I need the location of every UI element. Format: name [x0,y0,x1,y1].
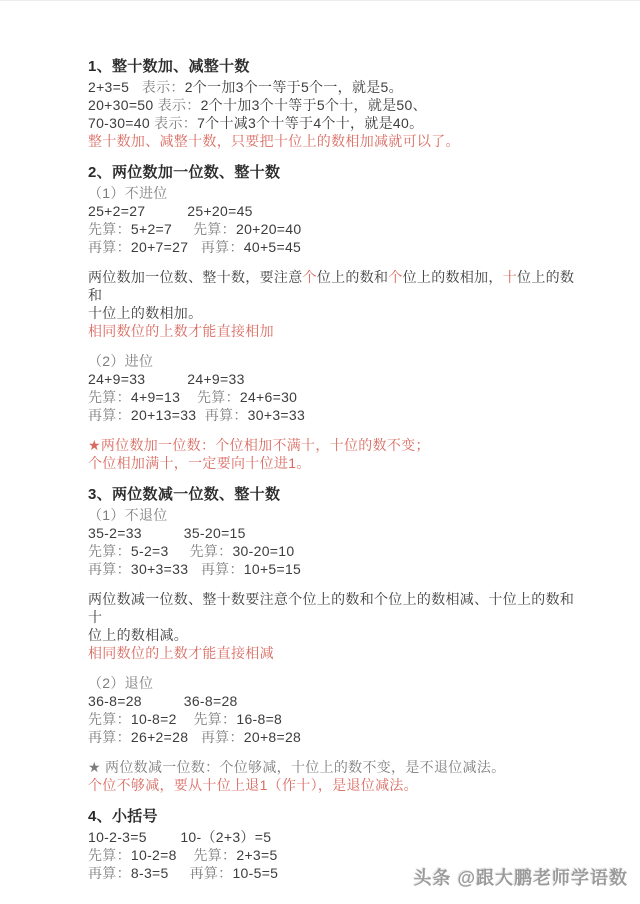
text-segment: 20+8=28 [244,729,301,745]
text-segment: 再算： [88,239,131,255]
text-segment: 个 [388,269,402,285]
text-segment: 20+13=33 [131,407,205,423]
content: 1、整十数加、减整十数2+3=5 表示：2个一加3个一等于5个一，就是5。20+… [0,1,640,882]
text-line: 25+2=27 25+20=45 [88,202,582,220]
text-segment: 30+3=33 [131,561,201,577]
text-segment: 位上的数相减。 [88,627,188,643]
text-segment: ★两位数加一位数：个位相加不满十，十位的数不变； [88,437,430,453]
text-line: 再算：20+7=27 再算：40+5=45 [88,238,582,256]
text-line: 相同数位的上数才能直接相减 [88,644,582,662]
text-segment: 25+2=27 25+20=45 [88,203,253,219]
text-segment: 20+20=40 [236,221,301,237]
text-line: 再算：30+3=33 再算：10+5=15 [88,560,582,578]
text-segment: 10+5=15 [244,561,301,577]
text-line: 先算：5+2=7 先算：20+20=40 [88,220,582,238]
text-segment: ★ 两位数减一位数：个位够减，十位上的数不变，是不退位减法。 [88,759,505,775]
text-segment: 10-2=8 [131,847,194,863]
text-line: （2）退位 [88,674,582,692]
text-segment: 先算： [88,389,131,405]
text-line: 10-2-3=5 10-（2+3）=5 [88,828,582,846]
text-segment: 30-20=10 [232,543,294,559]
text-segment: 相同数位的上数才能直接相减 [88,645,274,661]
text-segment: 再算： [88,407,131,423]
text-line: 20+30=50 表示：2个十加3个十等于5个十，就是50、 [88,96,582,114]
text-segment: 4、小括号 [88,808,158,825]
text-segment: 20+7=27 [131,239,201,255]
text-segment: 35-2=33 35-20=15 [88,525,246,541]
text-line: 两位数加一位数、整十数，要注意个位上的数和个位上的数相加，十位上的数和 [88,268,582,304]
text-segment: 再算： [201,729,244,745]
document-page: 1、整十数加、减整十数2+3=5 表示：2个一加3个一等于5个一，就是5。20+… [0,0,640,904]
text-line: 位上的数相减。 [88,626,582,644]
text-segment: 表示： [142,79,185,95]
text-segment: 相同数位的上数才能直接相加 [88,323,274,339]
text-segment: 表示： [158,97,201,113]
text-segment: 位上的数和 [317,269,389,285]
text-block: ★两位数加一位数：个位相加不满十，十位的数不变；个位相加满十，一定要向十位进1。 [88,436,582,472]
text-segment: 再算： [205,407,248,423]
text-line: 再算：20+13=33 再算：30+3=33 [88,406,582,424]
text-segment: 2+3=5 [236,847,277,863]
text-segment: 先算： [88,543,131,559]
text-segment: 10-5=5 [232,865,278,881]
text-block: 3、两位数减一位数、整十数（1）不退位35-2=33 35-20=15先算：5-… [88,484,582,578]
text-segment: 7个十减3个十等于4个十，就是40。 [197,115,423,131]
text-segment: （2）退位 [88,675,153,691]
text-segment: 5+2=7 [131,221,193,237]
text-line: 个位相加满十，一定要向十位进1。 [88,454,582,472]
text-segment: 2、两位数加一位数、整十数 [88,164,280,181]
text-segment: 十位上的数相加。 [88,305,202,321]
text-line: 先算：5-2=3 先算：30-20=10 [88,542,582,560]
text-segment: 整十数加、减整十数，只要把十位上的数相加减就可以了。 [88,133,460,149]
text-segment: （1）不进位 [88,185,168,201]
text-segment: 1、整十数加、减整十数 [88,58,250,75]
text-line: 先算：4+9=13 先算：24+6=30 [88,388,582,406]
text-segment: 再算： [88,865,131,881]
text-segment: 表示： [154,115,197,131]
text-segment: 40+5=45 [244,239,301,255]
watermark: 头条 @跟大鹏老师学语数 [413,864,628,890]
section-title: 4、小括号 [88,806,582,828]
text-segment: 再算： [201,561,244,577]
text-line: 先算：10-8=2 先算：16-8=8 [88,710,582,728]
text-segment: 再算： [201,239,244,255]
section-title: 1、整十数加、减整十数 [88,56,582,78]
text-block: 2、两位数加一位数、整十数（1）不进位25+2=27 25+20=45先算：5+… [88,162,582,256]
text-segment: 再算： [88,729,131,745]
text-line: 先算：10-2=8 先算：2+3=5 [88,846,582,864]
text-line: 十位上的数相加。 [88,304,582,322]
text-segment: （1）不退位 [88,507,168,523]
text-segment: 先算： [193,711,236,727]
text-line: ★ 两位数减一位数：个位够减，十位上的数不变，是不退位减法。 [88,758,582,776]
text-segment: 30+3=33 [248,407,305,423]
text-segment: 70-30=40 [88,115,154,131]
text-segment: 3、两位数减一位数、整十数 [88,486,280,503]
text-segment: 24+9=33 24+9=33 [88,371,245,387]
text-segment: 再算： [190,865,233,881]
text-segment: 20+30=50 [88,97,158,113]
text-segment: 位上的数相加， [403,269,503,285]
text-segment: 8-3=5 [131,865,190,881]
text-segment: 先算： [88,221,131,237]
text-segment: 两位数减一位数、整十数要注意个位上的数和个位上的数相减、十位上的数和十 [88,591,574,625]
text-line: 两位数减一位数、整十数要注意个位上的数和个位上的数相减、十位上的数和十 [88,590,582,626]
text-segment: 2个十加3个十等于5个十，就是50、 [201,97,427,113]
text-block: （2）退位36-8=28 36-8=28先算：10-8=2 先算：16-8=8再… [88,674,582,746]
text-line: 再算：26+2=28 再算：20+8=28 [88,728,582,746]
text-line: 36-8=28 36-8=28 [88,692,582,710]
text-block: 1、整十数加、减整十数2+3=5 表示：2个一加3个一等于5个一，就是5。20+… [88,56,582,150]
text-segment: 先算： [193,221,236,237]
text-segment: 十 [503,269,517,285]
text-segment: 4+9=13 [131,389,197,405]
text-segment: 5-2=3 [131,543,190,559]
text-segment: 24+6=30 [240,389,297,405]
text-segment: 先算： [190,543,233,559]
text-segment: （2）进位 [88,353,153,369]
text-segment: 先算： [197,389,240,405]
text-segment: 先算： [88,847,131,863]
text-line: 2+3=5 表示：2个一加3个一等于5个一，就是5。 [88,78,582,96]
text-block: （2）进位24+9=33 24+9=33先算：4+9=13 先算：24+6=30… [88,352,582,424]
text-line: ★两位数加一位数：个位相加不满十，十位的数不变； [88,436,582,454]
text-segment: 再算： [88,561,131,577]
text-segment: 先算： [88,711,131,727]
text-segment: 个位相加满十，一定要向十位进1。 [88,455,311,471]
text-segment: 10-2-3=5 10-（2+3）=5 [88,829,271,845]
text-segment: 两位数加一位数、整十数，要注意 [88,269,303,285]
text-segment: 10-8=2 [131,711,194,727]
text-line: 相同数位的上数才能直接相加 [88,322,582,340]
text-line: 70-30=40 表示：7个十减3个十等于4个十，就是40。 [88,114,582,132]
text-block: ★ 两位数减一位数：个位够减，十位上的数不变，是不退位减法。个位不够减，要从十位… [88,758,582,794]
text-segment: 先算： [193,847,236,863]
text-line: 个位不够减，要从十位上退1（作十），是退位减法。 [88,776,582,794]
text-segment: 2+3=5 [88,79,142,95]
text-segment: 16-8=8 [236,711,282,727]
text-block: 两位数加一位数、整十数，要注意个位上的数和个位上的数相加，十位上的数和十位上的数… [88,268,582,340]
text-line: （2）进位 [88,352,582,370]
text-segment: 个位不够减，要从十位上退1（作十），是退位减法。 [88,777,418,793]
text-line: 35-2=33 35-20=15 [88,524,582,542]
text-line: （1）不退位 [88,506,582,524]
section-title: 3、两位数减一位数、整十数 [88,484,582,506]
text-segment: 26+2=28 [131,729,201,745]
text-segment: 2个一加3个一等于5个一，就是5。 [185,79,403,95]
text-line: 整十数加、减整十数，只要把十位上的数相加减就可以了。 [88,132,582,150]
text-segment: 36-8=28 36-8=28 [88,693,238,709]
text-line: 24+9=33 24+9=33 [88,370,582,388]
text-segment: 个 [303,269,317,285]
text-block: 两位数减一位数、整十数要注意个位上的数和个位上的数相减、十位上的数和十位上的数相… [88,590,582,662]
text-line: （1）不进位 [88,184,582,202]
section-title: 2、两位数加一位数、整十数 [88,162,582,184]
